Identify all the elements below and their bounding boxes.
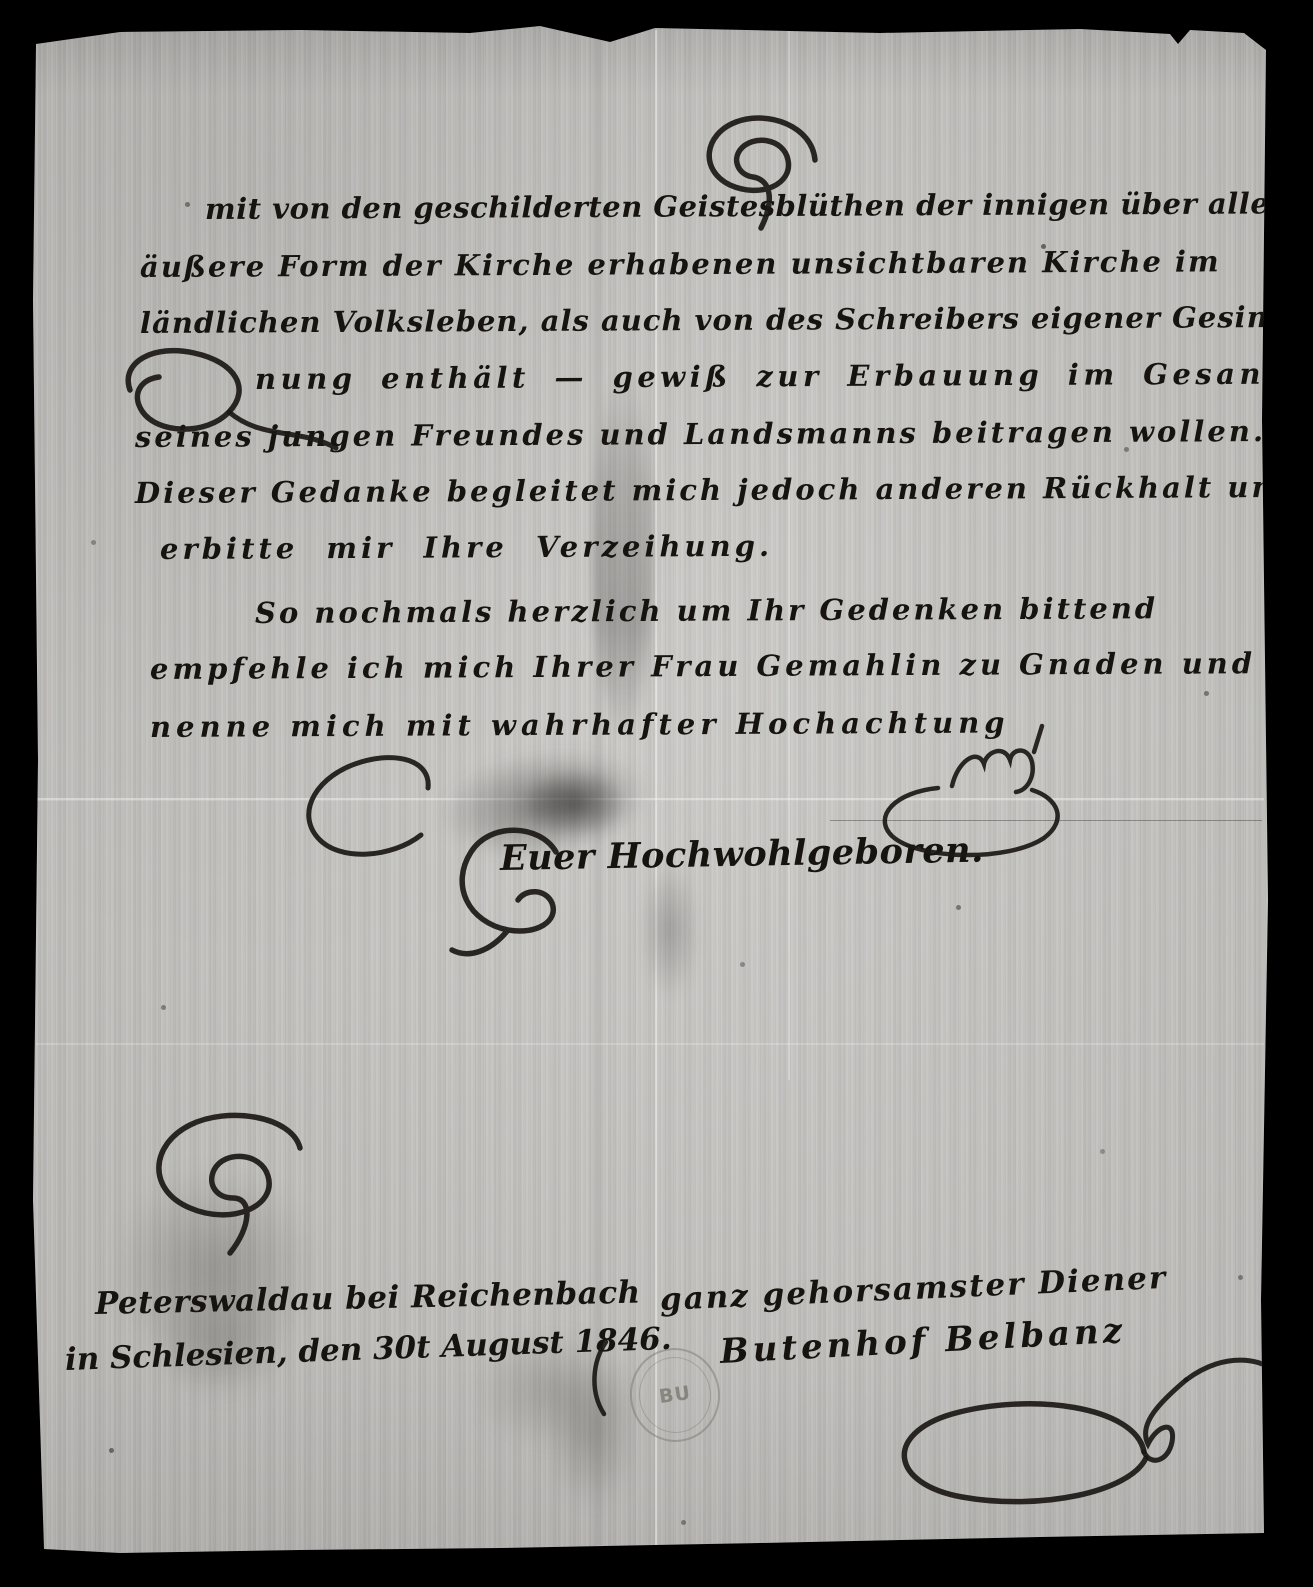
- signature-paraph-oval: [904, 1404, 1146, 1502]
- stamp-text: BU: [658, 1382, 693, 1408]
- ink-stain-tail: [640, 860, 700, 1000]
- paraph-apostrophe: [1034, 726, 1042, 752]
- handwriting-line-7: erbitte mir Ihre Verzeihung.: [160, 529, 773, 566]
- handwriting-line-4: nung enthält — gewiß zur Erbauung im Ges…: [255, 356, 1313, 396]
- water-stain-dateline-2: [545, 1360, 640, 1510]
- paraph-mark: [952, 751, 1033, 793]
- signature-paraph-tail: [1186, 1360, 1290, 1384]
- vertical-fold-line-2: [788, 30, 790, 1080]
- valediction-line: ganz gehorsamster Diener: [659, 1260, 1168, 1318]
- place-line: Peterswaldau bei Reichenbach: [95, 1275, 641, 1322]
- ink-specks: [0, 0, 3, 3]
- handwriting-line-9: empfehle ich mich Ihrer Frau Gemahlin zu…: [150, 646, 1256, 686]
- handwriting-line-6: Dieser Gedanke begleitet mich jedoch and…: [135, 470, 1299, 510]
- handwriting-line-1: mit von den geschilderten Geistesblüthen…: [205, 186, 1286, 226]
- signature-paraph-zigzag: [1144, 1380, 1186, 1460]
- handwriting-line-5: seines jungen Freundes und Landsmanns be…: [135, 414, 1266, 454]
- horizontal-crease-thin: [830, 820, 1262, 821]
- handwriting-line-3: ländlichen Volksleben, als auch von des …: [140, 300, 1282, 340]
- signature: Butenhof Belbanz: [719, 1311, 1127, 1372]
- left-margin-flourish-loop: [128, 351, 239, 429]
- date-line: in Schlesien, den 30t August 1846.: [64, 1321, 672, 1378]
- handwriting-line-10: nenne mich mit wahrhafter Hochachtung: [150, 705, 1010, 744]
- paper-sheet: mit von den geschilderten Geistesblüthen…: [0, 0, 1313, 1587]
- ink-stain-blob-core: [520, 768, 630, 838]
- round-stamp: BU: [624, 1342, 726, 1448]
- underline-swirl-left: [309, 758, 428, 855]
- scanned-letter-page: mit von den geschilderten Geistesblüthen…: [0, 0, 1313, 1587]
- salutation-line: Euer Hochwohlgeboren.: [500, 830, 984, 879]
- handwriting-line-8: So nochmals herzlich um Ihr Gedenken bit…: [255, 591, 1158, 630]
- handwriting-line-2: äußere Form der Kirche erhabenen unsicht…: [140, 244, 1221, 284]
- horizontal-fold-line: [36, 798, 1264, 801]
- horizontal-fold-line-2: [36, 1043, 1264, 1045]
- bottom-left-flourish: [159, 1115, 300, 1253]
